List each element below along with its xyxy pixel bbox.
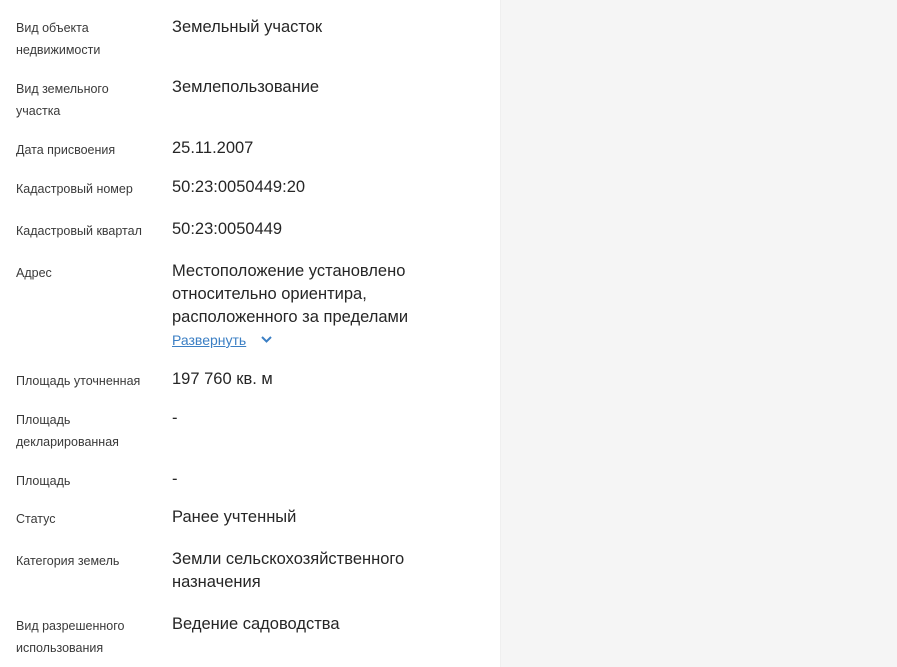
field-value: -	[172, 407, 492, 430]
field-label: Дата присвоения	[16, 139, 161, 161]
chevron-down-icon[interactable]	[261, 327, 272, 350]
field-label: Адрес	[16, 262, 161, 284]
field-value: Земельный участок	[172, 16, 492, 39]
expand-link[interactable]: Развернуть	[172, 330, 246, 350]
field-label: Кадастровый квартал	[16, 220, 161, 242]
field-label: Площадь декларированная	[16, 409, 136, 453]
field-value: Ведение садоводства	[172, 613, 492, 636]
field-value: Местоположение установлено относительно …	[172, 260, 427, 329]
field-label: Площадь уточненная	[16, 370, 161, 392]
field-value: Ранее учтенный	[172, 506, 492, 529]
field-value: 50:23:0050449	[172, 218, 492, 241]
property-details-panel: Вид объекта недвижимости Земельный участ…	[0, 0, 500, 667]
field-label: Площадь	[16, 470, 161, 492]
field-value: Землепользование	[172, 76, 492, 99]
field-label: Вид разрешенного использования	[16, 615, 136, 659]
field-value: 50:23:0050449:20	[172, 176, 492, 199]
field-label: Категория земель	[16, 550, 161, 572]
side-panel	[500, 0, 897, 667]
field-value: 197 760 кв. м	[172, 368, 492, 391]
expand-toggle[interactable]: Развернуть	[172, 329, 427, 352]
field-value-container: Местоположение установлено относительно …	[172, 260, 427, 352]
field-label: Вид объекта недвижимости	[16, 17, 126, 61]
field-value: 25.11.2007	[172, 137, 492, 160]
field-label: Статус	[16, 508, 161, 530]
field-label: Кадастровый номер	[16, 178, 161, 200]
field-value: Земли сельскохозяйственного назначения	[172, 548, 432, 594]
field-label: Вид земельного участка	[16, 78, 126, 122]
field-value: -	[172, 468, 492, 491]
